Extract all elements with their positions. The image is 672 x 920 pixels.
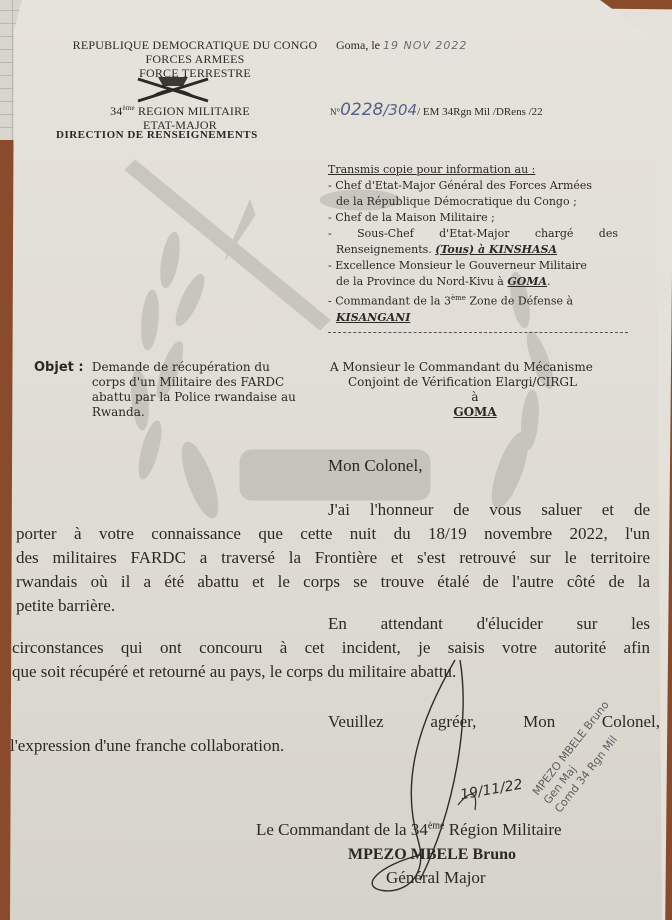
recipient-city: GOMA [330,405,620,420]
subject-label: Objet : [34,360,88,375]
date-stamp: 19 NOV 2022 [383,39,467,52]
recipient-block: A Monsieur le Commandant du Mécanisme Co… [330,360,660,420]
recipient-line: A Monsieur le Commandant du Mécanisme [330,360,660,375]
handwritten-ref: 0228 [340,100,383,120]
copy-list-title: Transmis copie pour information au : [328,162,618,178]
copy-line: de la Province du Nord-Kivu à GOMA. [328,274,618,290]
subject-line: corps d'un Militaire des FARDC [92,375,342,390]
signatory-title: Le Commandant de la 34ème Région Militai… [256,820,562,840]
subject-line: Rwanda. [92,405,342,420]
copy-line: - Chef de la Maison Militaire ; [328,210,618,226]
body-line: rwandais où il a été abattu et le corps … [16,570,650,594]
place-label: Goma, le [336,38,380,52]
paragraph-1: J'ai l'honneur de vous saluer et de port… [16,498,650,618]
copy-line: Renseignements. (Tous) à KINSHASA [328,242,618,258]
copy-line: - Sous-Chef d'Etat-Major chargé des [328,226,618,242]
recipient-line: Conjoint de Vérification Elargi/CIRGL [330,375,660,390]
copy-distribution-list: Transmis copie pour information au : - C… [328,162,618,333]
body-line: J'ai l'honneur de vous saluer et de [328,498,650,522]
copy-list-divider [328,332,628,333]
copy-line: - Commandant de la 3ème Zone de Défense … [328,290,618,310]
copy-line: - Excellence Monsieur le Gouverneur Mili… [328,258,618,274]
signatory-rank: Général Major [386,868,486,888]
place-date: Goma, le 19 NOV 2022 [336,38,467,53]
copy-line: de la République Démocratique du Congo ; [328,194,618,210]
forces-name: FORCES ARMEES [60,53,330,66]
body-line: porter à votre connaissance que cette nu… [16,522,650,546]
subject-line: abattu par la Police rwandaise au [92,390,342,405]
body-line: des militaires FARDC a traversé la Front… [16,546,650,570]
copy-line: - Chef d'Etat-Major Général des Forces A… [328,178,618,194]
body-line: En attendant d'élucider sur les [328,612,650,636]
reference-number: N°0228/304/ EM 34Rgn Mil /DRens /22 [330,100,543,120]
military-emblem-icon [133,74,213,104]
recipient-line: à [330,390,620,405]
copy-line: KISANGANI [328,310,618,326]
direction-name: DIRECTION DE RENSEIGNEMENTS [56,129,258,141]
region-name: 34ème REGION MILITAIRE [60,104,300,119]
subject-line: Demande de récupération du [92,360,342,375]
country-name: REPUBLIQUE DEMOCRATIQUE DU CONGO [60,38,330,53]
subject-block: Objet : Demande de récupération du corps… [34,360,342,420]
letterhead-unit: 34ème REGION MILITAIRE ETAT-MAJOR [60,104,300,131]
signatory-name: MPEZO MBELE Bruno [348,846,516,864]
salutation: Mon Colonel, [328,456,422,476]
